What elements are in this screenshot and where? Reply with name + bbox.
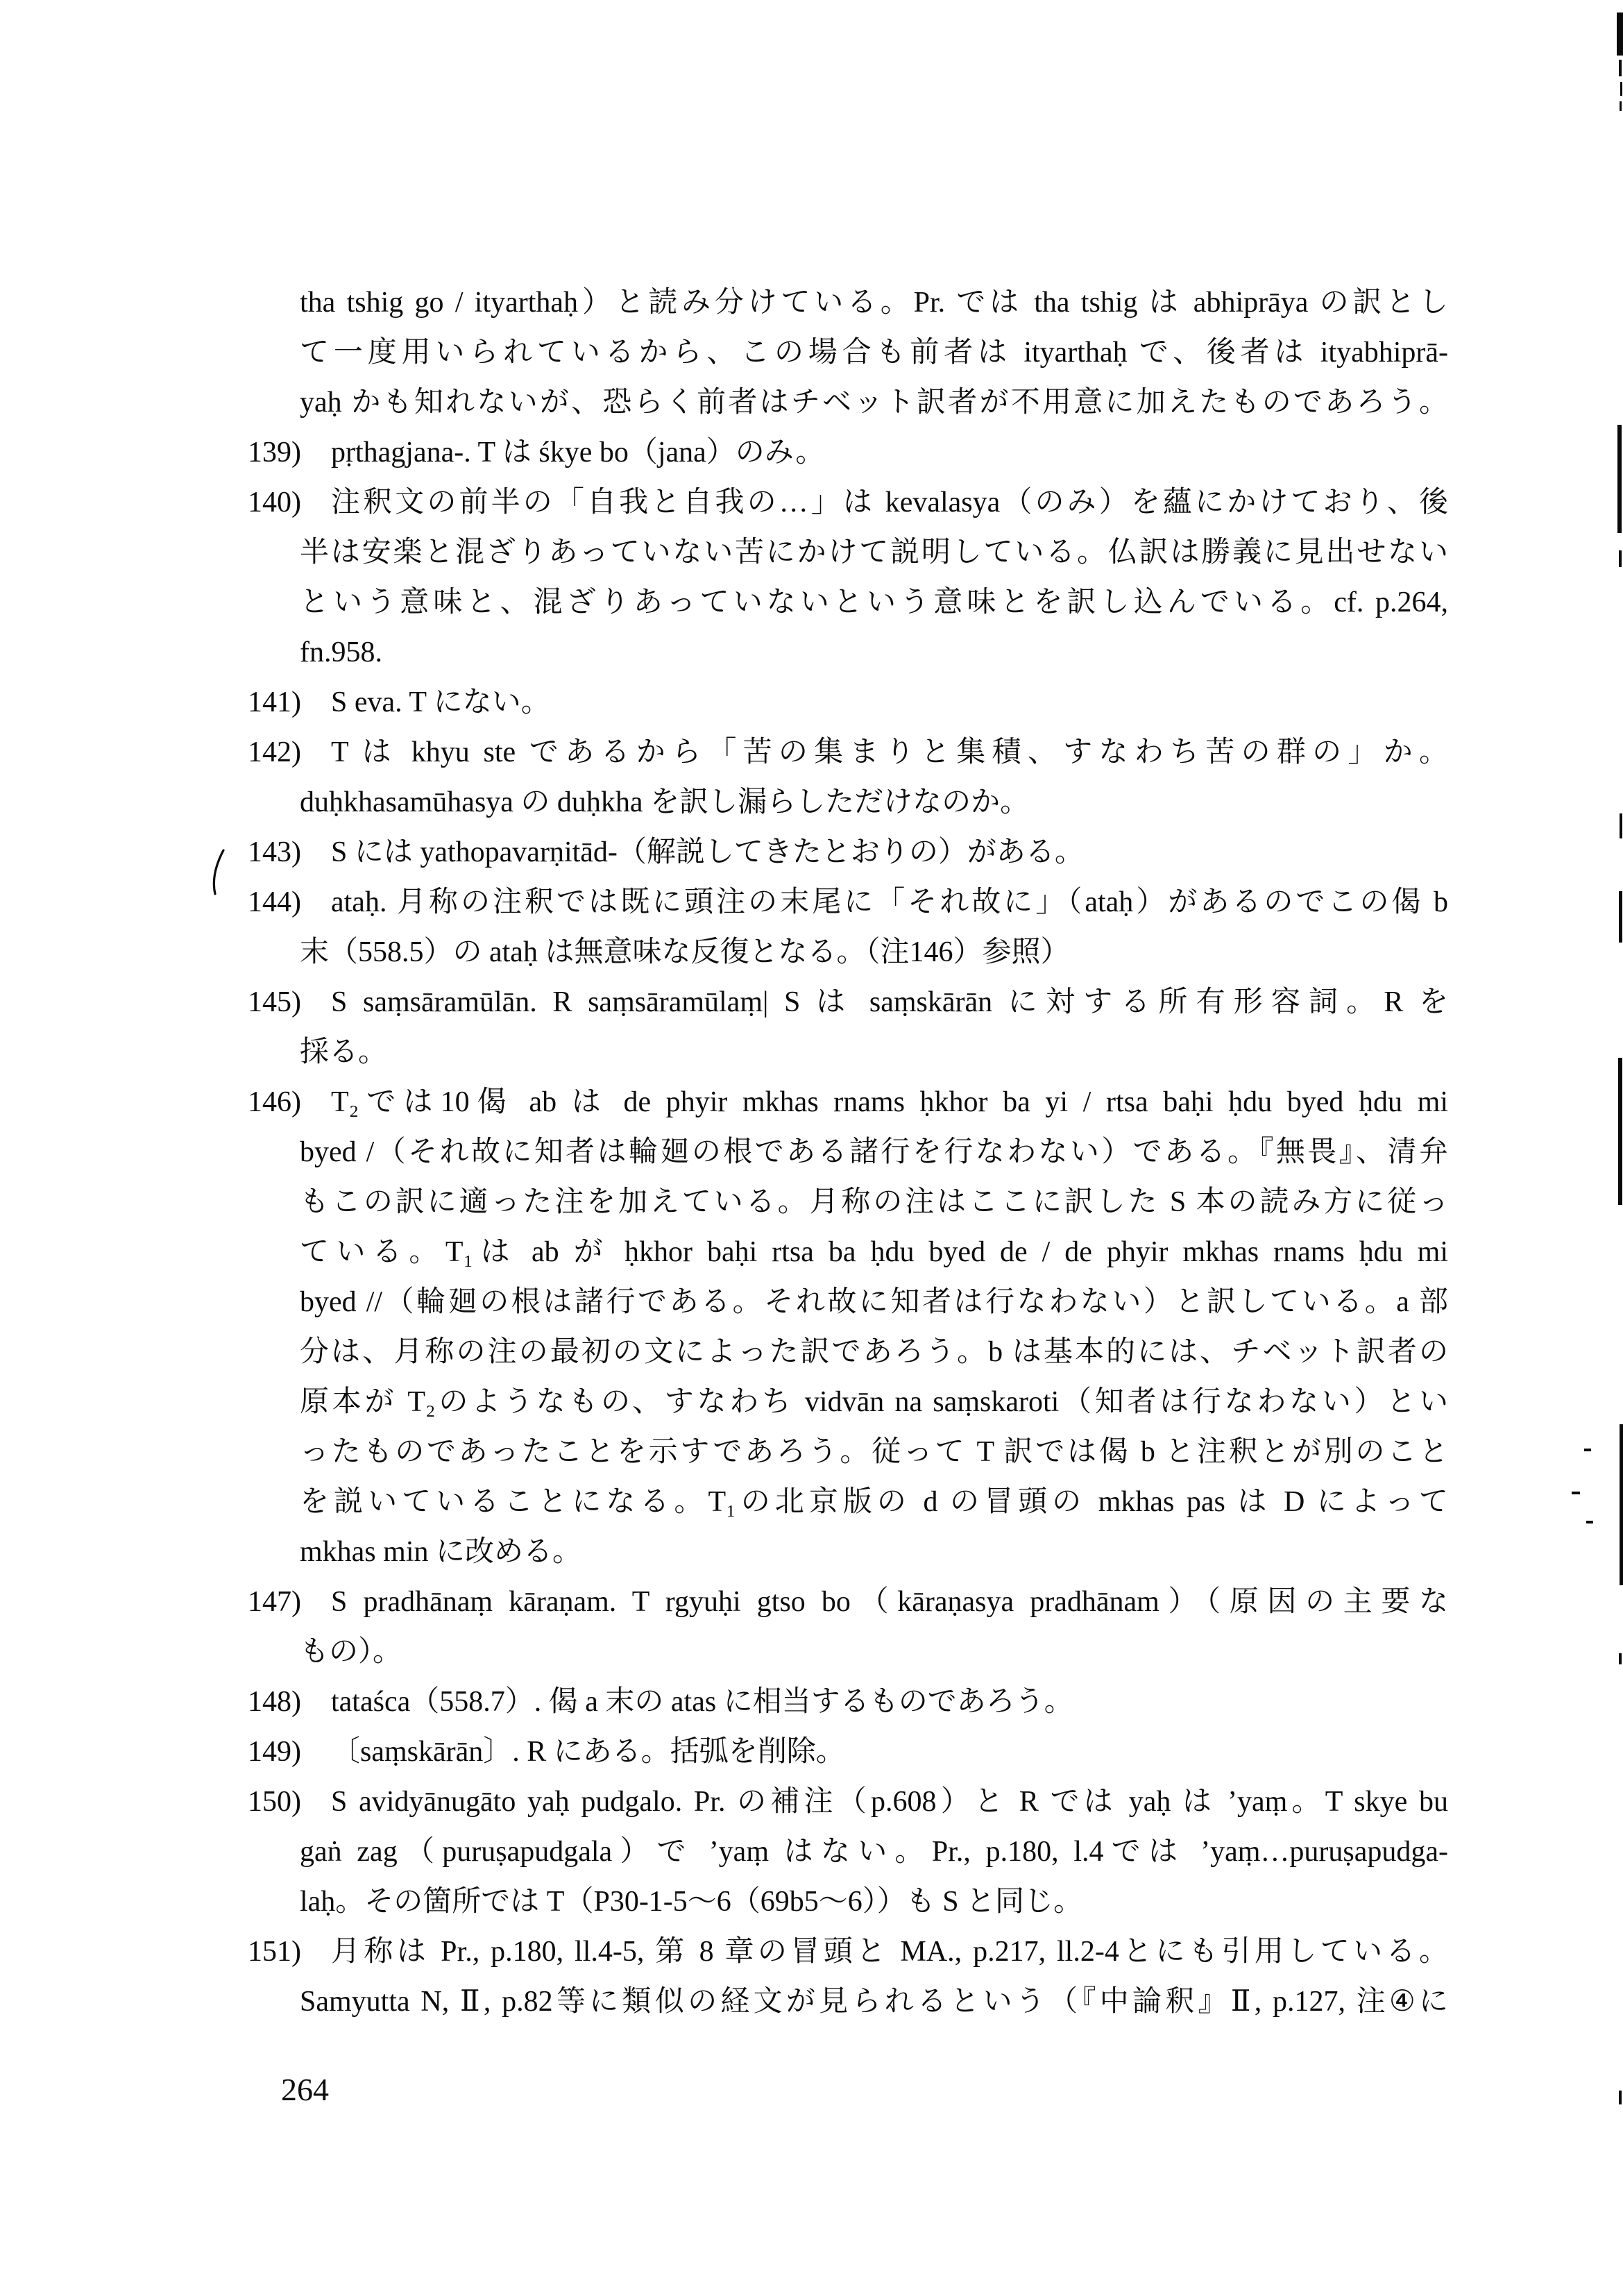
scan-artifact <box>1619 891 1622 943</box>
note-text: ataḥ. 月称の注釈では既に頭注の末尾に「それ故に」（ataḥ）があるのでこの… <box>331 886 1448 918</box>
text-line: byed //（輪廻の根は諸行である。それ故に知者は行なわない）と訳している。a… <box>248 1277 1448 1327</box>
note-number: 141) <box>248 677 301 727</box>
scan-artifact <box>1620 101 1622 111</box>
scan-artifact <box>1620 813 1622 838</box>
text-line: 末（558.5）の ataḥ は無意味な反復となる。（注146）参照） <box>248 927 1448 977</box>
note-line: 150)S avidyānugāto yaḥ pudgalo. Pr. の補注（… <box>248 1777 1448 1827</box>
note-text: T は khyu ste であるから「苦の集まりと集積、すなわち苦の群の」か。 <box>331 736 1448 768</box>
scan-artifact <box>1572 1492 1580 1494</box>
note-number: 143) <box>248 827 301 877</box>
scan-artifact <box>1617 425 1622 533</box>
note-text: S pradhānaṃ kāraṇam. T rgyuḥi gtso bo（kā… <box>331 1586 1448 1618</box>
note-number: 142) <box>248 727 301 777</box>
text-line: 採る。 <box>248 1027 1448 1077</box>
note-number: 146) <box>248 1077 301 1127</box>
scan-artifact <box>1620 82 1622 96</box>
note-line: 143)S には yathopavarṇitād-（解説してきたとおりの）がある… <box>248 827 1448 877</box>
text-line: laḥ。その箇所では T（P30-1-5～6（69b5～6））も S と同じ。 <box>248 1877 1448 1927</box>
note-number: 139) <box>248 428 301 478</box>
note-text: 注釈文の前半の「自我と自我の…」は kevalasya（のみ）を蘊にかけており、… <box>331 487 1448 518</box>
text-line: ったものであったことを示すであろう。従って T 訳では偈 b と注釈とが別のこと <box>248 1427 1448 1477</box>
text-line: mkhas min に改める。 <box>248 1527 1448 1577</box>
note-text: T₂では10偈 ab は de phyir mkhas rnams ḥkhor … <box>331 1086 1448 1118</box>
text-line: もの）。 <box>248 1627 1448 1677</box>
note-line: 147)S pradhānaṃ kāraṇam. T rgyuḥi gtso b… <box>248 1577 1448 1627</box>
note-text: S eva. T にない。 <box>331 686 550 718</box>
text-line: ている。T₁は ab が ḥkhor baḥi rtsa ba ḥdu byed… <box>248 1227 1448 1277</box>
note-line: 142)T は khyu ste であるから「苦の集まりと集積、すなわち苦の群の… <box>248 727 1448 777</box>
text-line: 原本が T₂のようなもの、すなわち vidvān na saṃskaroti（知… <box>248 1377 1448 1427</box>
scan-artifact <box>1586 1521 1593 1523</box>
note-line: 140)注釈文の前半の「自我と自我の…」は kevalasya（のみ）を蘊にかけ… <box>248 478 1448 527</box>
scan-artifact <box>1619 1653 1622 1664</box>
scanned-page: tha tshig go / ityarthaḥ）と読み分けている。Pr. では… <box>0 0 1623 2296</box>
pen-stroke-margin-mark <box>208 848 228 897</box>
scan-artifact <box>1584 1449 1591 1451</box>
scan-artifact <box>1618 1058 1622 1205</box>
note-number: 148) <box>248 1677 301 1727</box>
text-line: yaḥ かも知れないが、恐らく前者はチベット訳者が不用意に加えたものであろう。 <box>248 378 1448 428</box>
text-line: duḥkhasamūhasya の duḥkha を訳し漏らしただけなのか。 <box>248 777 1448 827</box>
text-line: を説いていることになる。T₁の北京版の d の冒頭の mkhas pas は D… <box>248 1477 1448 1527</box>
note-line: 146)T₂では10偈 ab は de phyir mkhas rnams ḥk… <box>248 1077 1448 1127</box>
text-line: byed /（それ故に知者は輪廻の根である諸行を行なわない）である。『無畏』、清… <box>248 1127 1448 1177</box>
note-text: 月称は Pr., p.180, ll.4-5, 第 8 章の冒頭と MA., p… <box>331 1936 1448 1968</box>
scan-artifact <box>1619 60 1622 76</box>
note-number: 140) <box>248 478 301 527</box>
note-line: 149)〔saṃskārān〕. R にある。括弧を削除。 <box>248 1727 1448 1777</box>
note-line: 144)ataḥ. 月称の注釈では既に頭注の末尾に「それ故に」（ataḥ）がある… <box>248 877 1448 927</box>
note-text: S には yathopavarṇitād-（解説してきたとおりの）がある。 <box>331 836 1084 868</box>
text-line: 半は安楽と混ざりあっていない苦にかけて説明している。仏訳は勝義に見出せない <box>248 527 1448 577</box>
text-line: て一度用いられているから、この場合も前者は ityarthaḥ で、後者は it… <box>248 328 1448 378</box>
scan-artifact <box>1619 2091 1622 2104</box>
scan-artifact <box>1617 12 1623 56</box>
text-line: Samyutta N, Ⅱ, p.82等に類似の経文が見られるという（『中論釈』… <box>248 1977 1448 2027</box>
note-number: 151) <box>248 1927 301 1977</box>
scan-artifact <box>1619 550 1622 567</box>
text-line: もこの訳に適った注を加えている。月称の注はここに訳した S 本の読み方に従っ <box>248 1177 1448 1227</box>
note-line: 141)S eva. T にない。 <box>248 677 1448 727</box>
text-block: tha tshig go / ityarthaḥ）と読み分けている。Pr. では… <box>248 278 1448 2027</box>
note-number: 147) <box>248 1577 301 1627</box>
note-line: 151)月称は Pr., p.180, ll.4-5, 第 8 章の冒頭と MA… <box>248 1927 1448 1977</box>
text-line: tha tshig go / ityarthaḥ）と読み分けている。Pr. では… <box>248 278 1448 328</box>
note-text: S saṃsāramūlān. R saṃsāramūlaṃ| S は saṃs… <box>331 986 1448 1018</box>
note-text: pṛthagjana-. T は śkye bo（jana）のみ。 <box>331 437 824 469</box>
scan-artifact <box>1620 1424 1623 1585</box>
page-number: 264 <box>281 2070 329 2110</box>
note-number: 150) <box>248 1777 301 1827</box>
note-line: 148)tataśca（558.7）. 偈 a 末の atas に相当するもので… <box>248 1677 1448 1727</box>
note-number: 149) <box>248 1727 301 1777</box>
note-number: 144) <box>248 877 301 927</box>
note-line: 145)S saṃsāramūlān. R saṃsāramūlaṃ| S は … <box>248 977 1448 1027</box>
text-line: gaṅ zag（puruṣapudgala）で ’yaṃ はない。Pr., p.… <box>248 1827 1448 1877</box>
text-line: という意味と、混ざりあっていないという意味とを訳し込んでいる。cf. p.264… <box>248 577 1448 627</box>
note-text: 〔saṃskārān〕. R にある。括弧を削除。 <box>331 1736 845 1768</box>
text-line: 分は、月称の注の最初の文によった訳であろう。b は基本的には、チベット訳者の <box>248 1327 1448 1377</box>
note-line: 139)pṛthagjana-. T は śkye bo（jana）のみ。 <box>248 428 1448 478</box>
text-line: fn.958. <box>248 627 1448 677</box>
note-text: tataśca（558.7）. 偈 a 末の atas に相当するものであろう。 <box>331 1686 1073 1718</box>
note-number: 145) <box>248 977 301 1027</box>
note-text: S avidyānugāto yaḥ pudgalo. Pr. の補注（p.60… <box>331 1786 1448 1818</box>
